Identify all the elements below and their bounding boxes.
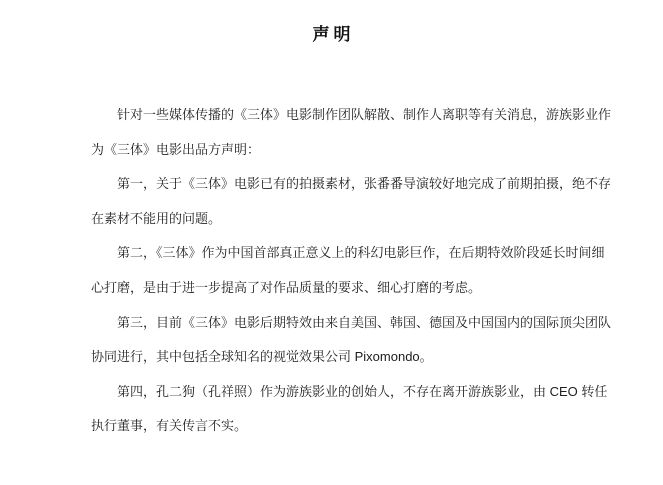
document-title: 声明 bbox=[0, 24, 663, 46]
statement-line: 第四，孔二狗（孔祥照）作为游族影业的创始人，不存在离开游族影业，由 CEO 转任 bbox=[91, 375, 591, 410]
statement-line: 执行董事，有关传言不实。 bbox=[91, 409, 591, 444]
statement-line: 第三，目前《三体》电影后期特效由来自美国、韩国、德国及中国国内的国际顶尖团队 bbox=[91, 306, 591, 341]
statement-line: 在素材不能用的问题。 bbox=[91, 202, 591, 237]
statement-line: 针对一些媒体传播的《三体》电影制作团队解散、制作人离职等有关消息，游族影业作 bbox=[91, 98, 591, 133]
statement-line: 心打磨，是由于进一步提高了对作品质量的要求、细心打磨的考虑。 bbox=[91, 271, 591, 306]
statement-line: 为《三体》电影出品方声明： bbox=[91, 133, 591, 168]
statement-body: 针对一些媒体传播的《三体》电影制作团队解散、制作人离职等有关消息，游族影业作 为… bbox=[91, 98, 591, 444]
document-page: 声明 针对一些媒体传播的《三体》电影制作团队解散、制作人离职等有关消息，游族影业… bbox=[0, 0, 663, 485]
statement-line: 第二，《三体》作为中国首部真正意义上的科幻电影巨作，在后期特效阶段延长时间细 bbox=[91, 236, 591, 271]
statement-line: 第一，关于《三体》电影已有的拍摄素材，张番番导演较好地完成了前期拍摄，绝不存 bbox=[91, 167, 591, 202]
statement-line: 协同进行，其中包括全球知名的视觉效果公司 Pixomondo。 bbox=[91, 340, 591, 375]
